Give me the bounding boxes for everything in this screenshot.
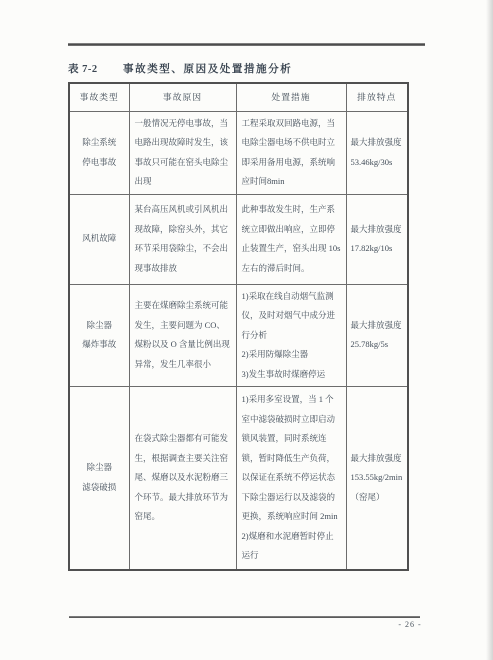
cell-emission: 最大排放强度 153.55kg/2min （窑尾） [346, 387, 408, 570]
table-row-dust-collector-explosion: 除尘器 爆炸事故 主要在煤磨除尘系统可能发生，主要问题为 CO、煤粉以及 O 含… [69, 284, 408, 387]
emission-line: 最大排放强度 [351, 449, 404, 469]
emission-line: 最大排放强度 [351, 133, 404, 153]
cell-accident-cause: 一般情况无停电事故，当电路出现故障时发生，该事故只可能在窑头电除尘出现 [129, 111, 236, 194]
type-line: 风机故障 [73, 229, 126, 249]
emission-line: 153.55kg/2min [351, 468, 404, 488]
header-cell-measures: 处置措施 [236, 83, 346, 111]
cell-accident-type: 风机故障 [69, 194, 129, 284]
measure-item: 2)煤磨和水泥磨暂时停止运行 [242, 527, 341, 566]
scan-edge-shadow [486, 0, 493, 660]
cause-text: 一般情况无停电事故，当电路出现故障时发生，该事故只可能在窑头电除尘出现 [135, 114, 231, 192]
table-title: 事故类型、原因及处置措施分析 [123, 61, 292, 76]
emission-line: 53.46kg/30s [351, 153, 404, 173]
type-line: 除尘系统 [73, 133, 126, 153]
type-line: 停电事故 [73, 153, 126, 173]
header-cell-accident-type: 事故类型 [69, 83, 129, 111]
measure-item: 1)采取在线自动烟气监测仪，及时对烟气中成分进行分析 [242, 287, 341, 346]
table-row-filter-bag-damage: 除尘器 滤袋破损 在袋式除尘器都有可能发生，根据调查主要关注窑尾、煤磨以及水泥粉… [69, 387, 408, 570]
type-line: 除尘器 [73, 458, 126, 478]
footer-rule [69, 616, 420, 618]
measure-item: 此种事故发生时，生产系统立即做出响应，立即停止装置生产，窑头出现 10s 左右的… [242, 200, 341, 278]
header-cell-accident-cause: 事故原因 [129, 83, 236, 111]
table-row-fan-failure: 风机故障 某台高压风机或引风机出现故障，除窑头外，其它环节采用袋除尘，不会出现事… [69, 194, 408, 284]
table-header-row: 事故类型 事故原因 处置措施 排放特点 [69, 83, 408, 111]
measure-item: 工程采取双回路电源，当电除尘器电场不供电时立即采用备用电源，系统响应时间8min [242, 114, 341, 192]
table-label: 表 7-2 [68, 61, 123, 76]
cause-text: 某台高压风机或引风机出现故障，除窑头外，其它环节采用袋除尘，不会出现事故排放 [135, 200, 231, 278]
table-caption: 表 7-2 事故类型、原因及处置措施分析 [68, 61, 428, 77]
cause-text: 主要在煤磨除尘系统可能发生，主要问题为 CO、煤粉以及 O 含量比例出现异常，发… [135, 296, 231, 374]
cell-accident-type: 除尘器 爆炸事故 [69, 284, 129, 387]
type-line: 滤袋破损 [73, 478, 126, 498]
cell-accident-cause: 某台高压风机或引风机出现故障，除窑头外，其它环节采用袋除尘，不会出现事故排放 [129, 194, 236, 284]
scanned-page: 表 7-2 事故类型、原因及处置措施分析 事故类型 事故原因 处置措施 排放特点… [0, 0, 493, 660]
header-cell-emission: 排放特点 [346, 83, 408, 111]
page-number: - 26 - [383, 620, 437, 632]
cell-accident-cause: 在袋式除尘器都有可能发生，根据调查主要关注窑尾、煤磨以及水泥粉磨三个环节。最大排… [129, 387, 236, 570]
emission-line: 最大排放强度 [351, 316, 404, 336]
table-row-power-failure: 除尘系统 停电事故 一般情况无停电事故，当电路出现故障时发生，该事故只可能在窑头… [69, 111, 408, 194]
emission-line: 最大排放强度 [351, 220, 404, 240]
cell-accident-cause: 主要在煤磨除尘系统可能发生，主要问题为 CO、煤粉以及 O 含量比例出现异常，发… [129, 284, 236, 387]
emission-line: 25.78kg/5s [351, 335, 404, 355]
type-line: 爆炸事故 [73, 335, 126, 355]
accident-table: 事故类型 事故原因 处置措施 排放特点 除尘系统 停电事故 一般情况无停电事故，… [68, 82, 409, 571]
cell-emission: 最大排放强度 53.46kg/30s [346, 111, 408, 194]
cell-measures: 此种事故发生时，生产系统立即做出响应，立即停止装置生产，窑头出现 10s 左右的… [236, 194, 346, 284]
emission-line: （窑尾） [351, 488, 404, 508]
cause-text: 在袋式除尘器都有可能发生，根据调查主要关注窑尾、煤磨以及水泥粉磨三个环节。最大排… [135, 429, 231, 527]
measure-item: 1)采用多室设置，当 1 个室中滤袋破损时立即启动锁风装置，同时系统连锁，暂时降… [242, 390, 341, 527]
cell-accident-type: 除尘系统 停电事故 [69, 111, 129, 194]
emission-line: 17.82kg/10s [351, 239, 404, 259]
header-rule [68, 43, 425, 46]
cell-measures: 工程采取双回路电源，当电除尘器电场不供电时立即采用备用电源，系统响应时间8min [236, 111, 346, 194]
measure-item: 2)采用防爆除尘器 [242, 345, 341, 365]
cell-emission: 最大排放强度 17.82kg/10s [346, 194, 408, 284]
cell-emission: 最大排放强度 25.78kg/5s [346, 284, 408, 387]
cell-accident-type: 除尘器 滤袋破损 [69, 387, 129, 570]
cell-measures: 1)采取在线自动烟气监测仪，及时对烟气中成分进行分析 2)采用防爆除尘器 3)发… [236, 284, 346, 387]
type-line: 除尘器 [73, 316, 126, 336]
cell-measures: 1)采用多室设置，当 1 个室中滤袋破损时立即启动锁风装置，同时系统连锁，暂时降… [236, 387, 346, 570]
measure-item: 3)发生事故时煤磨停运 [242, 365, 341, 385]
